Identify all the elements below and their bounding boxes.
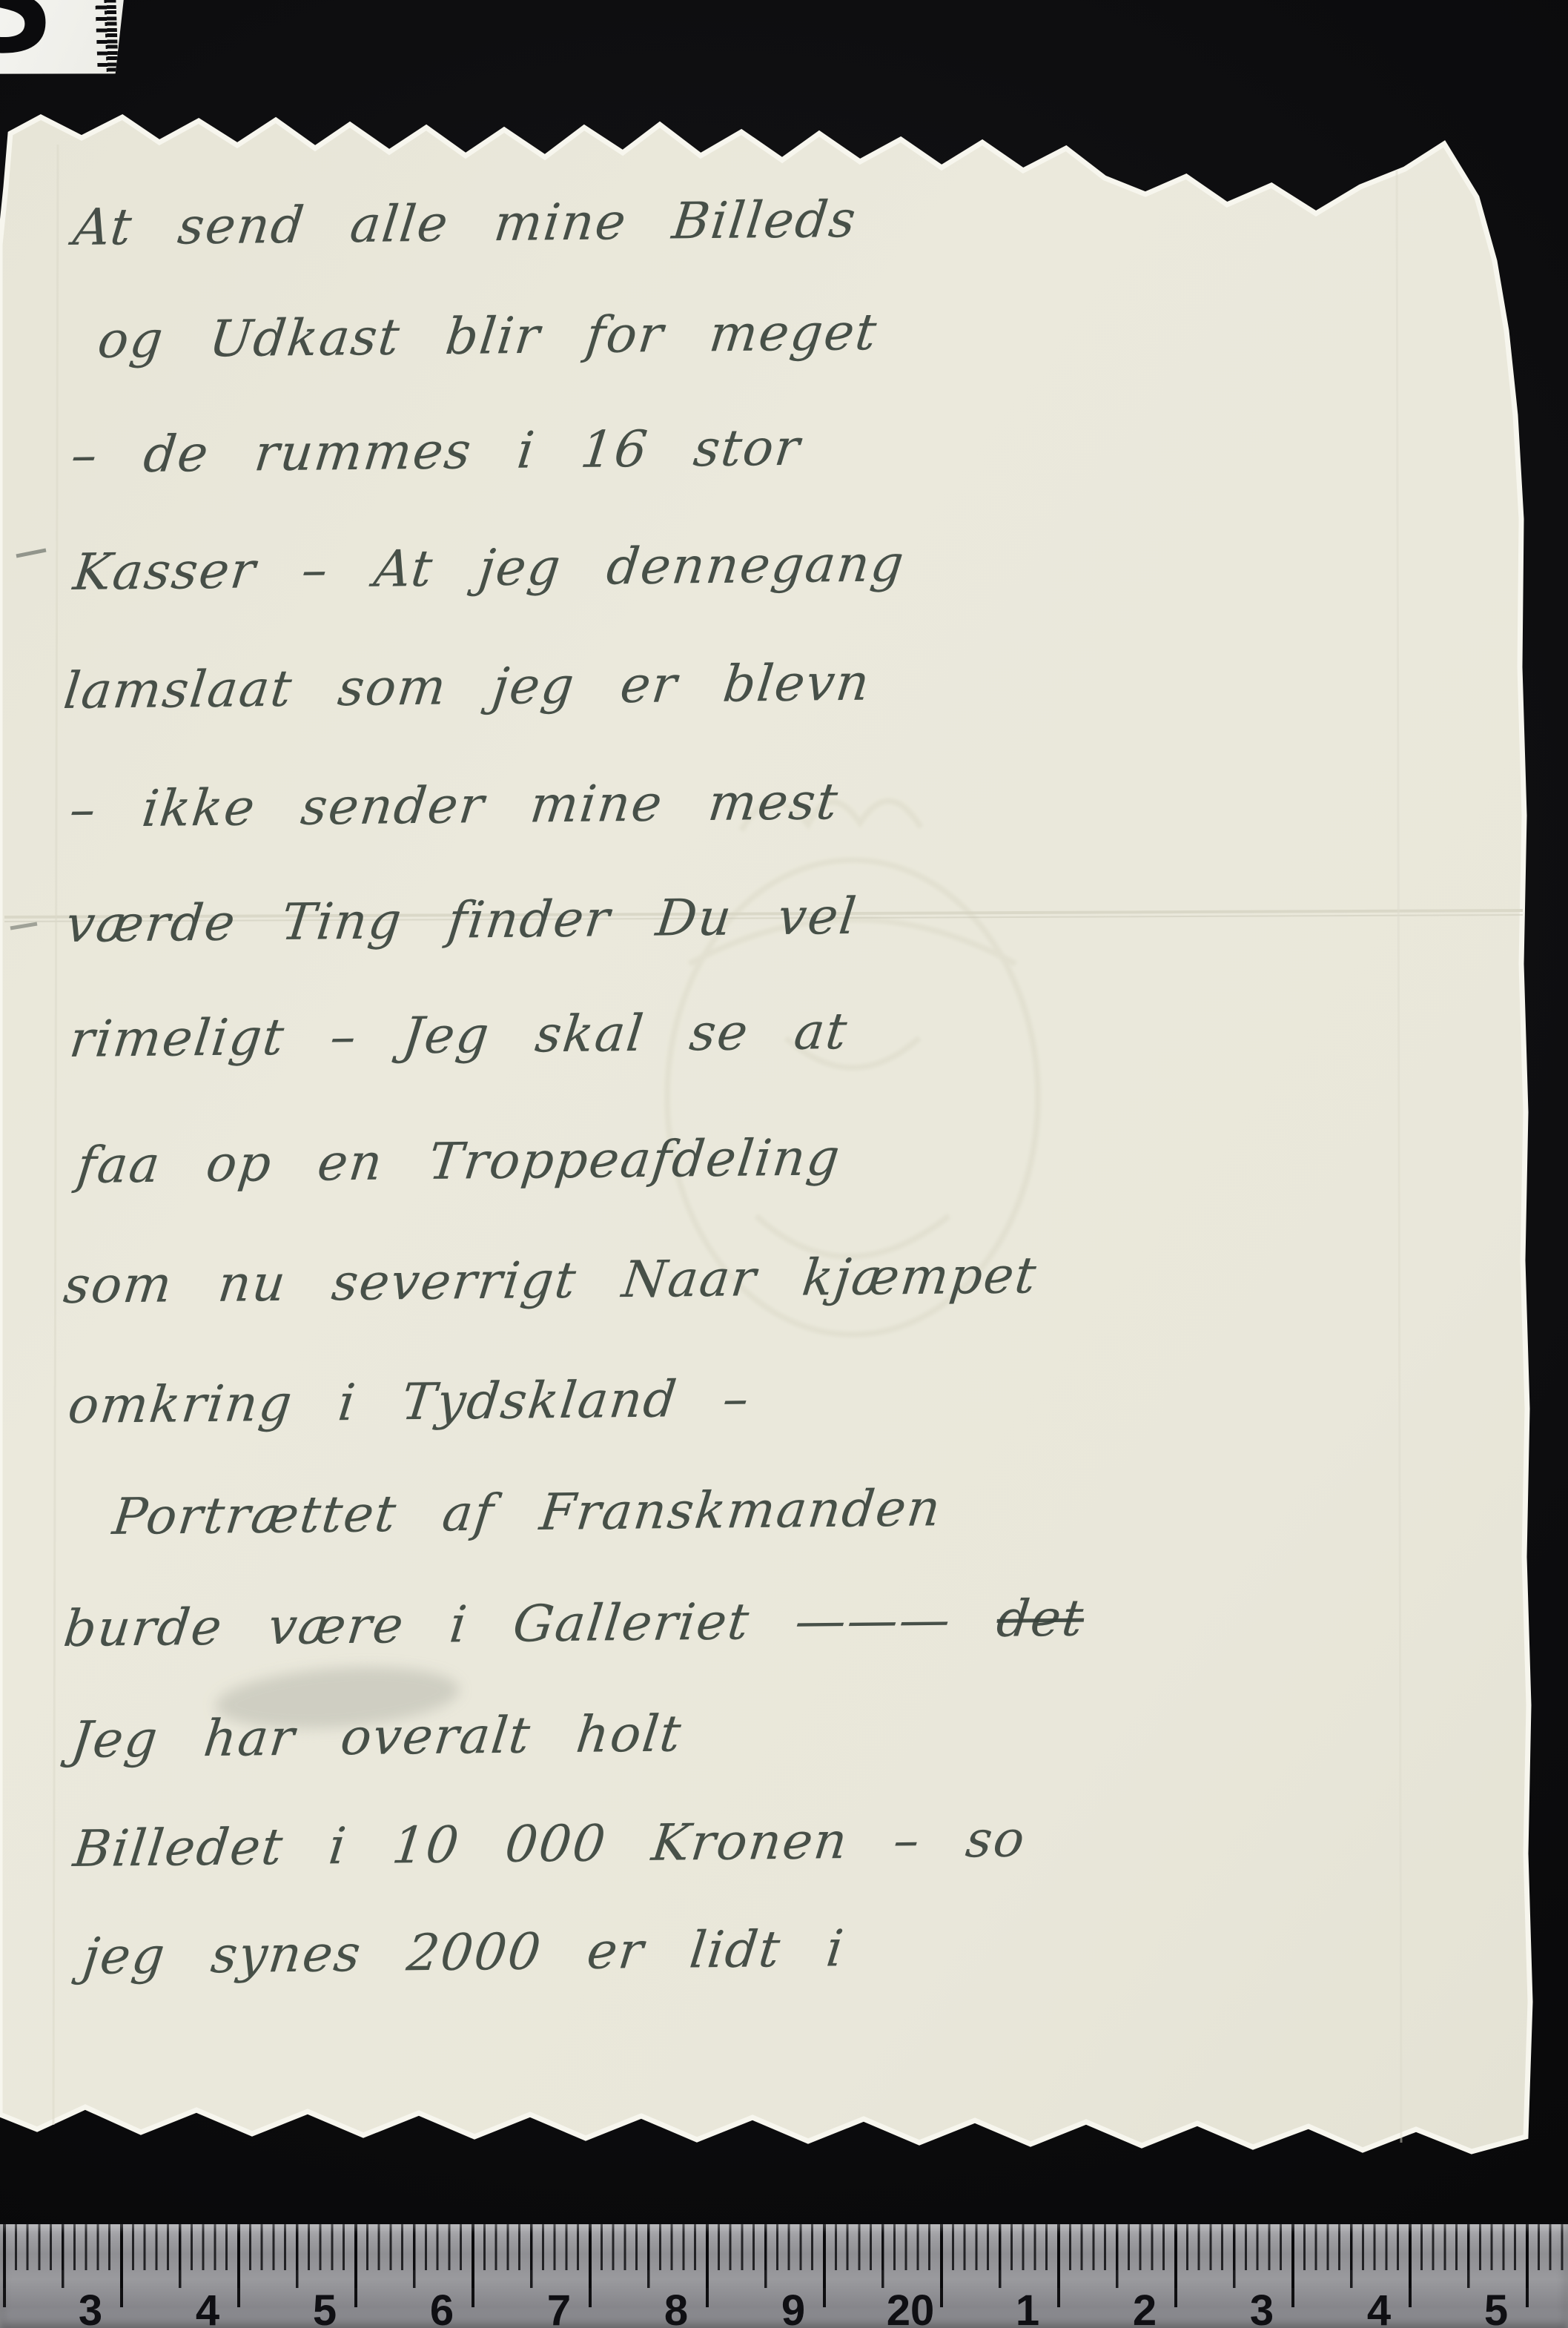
ruler-number: 5 bbox=[313, 2289, 337, 2328]
handwriting-line: rimeligt – Jeg skal se at bbox=[67, 1002, 851, 1069]
ruler-number: 6 bbox=[430, 2289, 454, 2328]
struck-word: det bbox=[993, 1590, 1087, 1649]
ruler-number: 2 bbox=[1133, 2289, 1157, 2328]
measuring-ruler: 3 4 5 6 7 8 9 20 1 2 3 4 5 bbox=[0, 2222, 1568, 2328]
scale-card: S bbox=[0, 0, 128, 78]
handwriting-line: værde Ting finder Du vel bbox=[63, 887, 860, 954]
ruler-number: 1 bbox=[1016, 2289, 1039, 2328]
handwriting-line: og Udkast blir for meget bbox=[95, 303, 881, 370]
ruler-number: 8 bbox=[664, 2289, 688, 2328]
handwriting-line: burde være i Galleriet ——— det bbox=[61, 1590, 1088, 1659]
handwriting-line: At send alle mine Billeds bbox=[70, 191, 860, 257]
handwriting-line: Kasser – At jeg dennegang bbox=[70, 535, 908, 602]
handwriting-line: lamslaat som jeg er blevn bbox=[61, 654, 873, 721]
handwriting-line: – ikke sender mine mest bbox=[67, 773, 841, 839]
handwriting-line: – de rummes i 16 stor bbox=[68, 419, 804, 485]
handwriting-text: burde være i Galleriet ——— bbox=[61, 1590, 955, 1659]
ruler-number: 20 bbox=[887, 2289, 935, 2328]
scale-card-letter: S bbox=[0, 0, 53, 78]
ruler-number: 3 bbox=[1250, 2289, 1274, 2328]
ruler-number: 4 bbox=[196, 2289, 219, 2328]
handwriting-line: Portrættet af Franskmanden bbox=[110, 1479, 945, 1547]
handwriting-line: omkring i Tydskland – bbox=[65, 1369, 753, 1435]
photo-background: At send alle mine Billeds og Udkast blir… bbox=[0, 0, 1568, 2328]
ruler-number: 7 bbox=[547, 2289, 571, 2328]
ruler-number: 5 bbox=[1484, 2289, 1508, 2328]
ruler-number: 9 bbox=[781, 2289, 805, 2328]
handwriting-line: som nu severrigt Naar kjæmpet bbox=[61, 1246, 1040, 1315]
handwriting-line: Billedet i 10 000 Kronen – so bbox=[70, 1811, 1029, 1879]
scale-card-ruler-ticks bbox=[95, 0, 119, 71]
ruler-number: 3 bbox=[79, 2289, 102, 2328]
handwriting-line: jeg synes 2000 er lidt i bbox=[80, 1919, 847, 1986]
handwriting-line: Jeg har overalt holt bbox=[68, 1704, 685, 1770]
ruler-number: 4 bbox=[1367, 2289, 1391, 2328]
handwriting-line: faa op en Troppeafdeling bbox=[74, 1128, 844, 1195]
